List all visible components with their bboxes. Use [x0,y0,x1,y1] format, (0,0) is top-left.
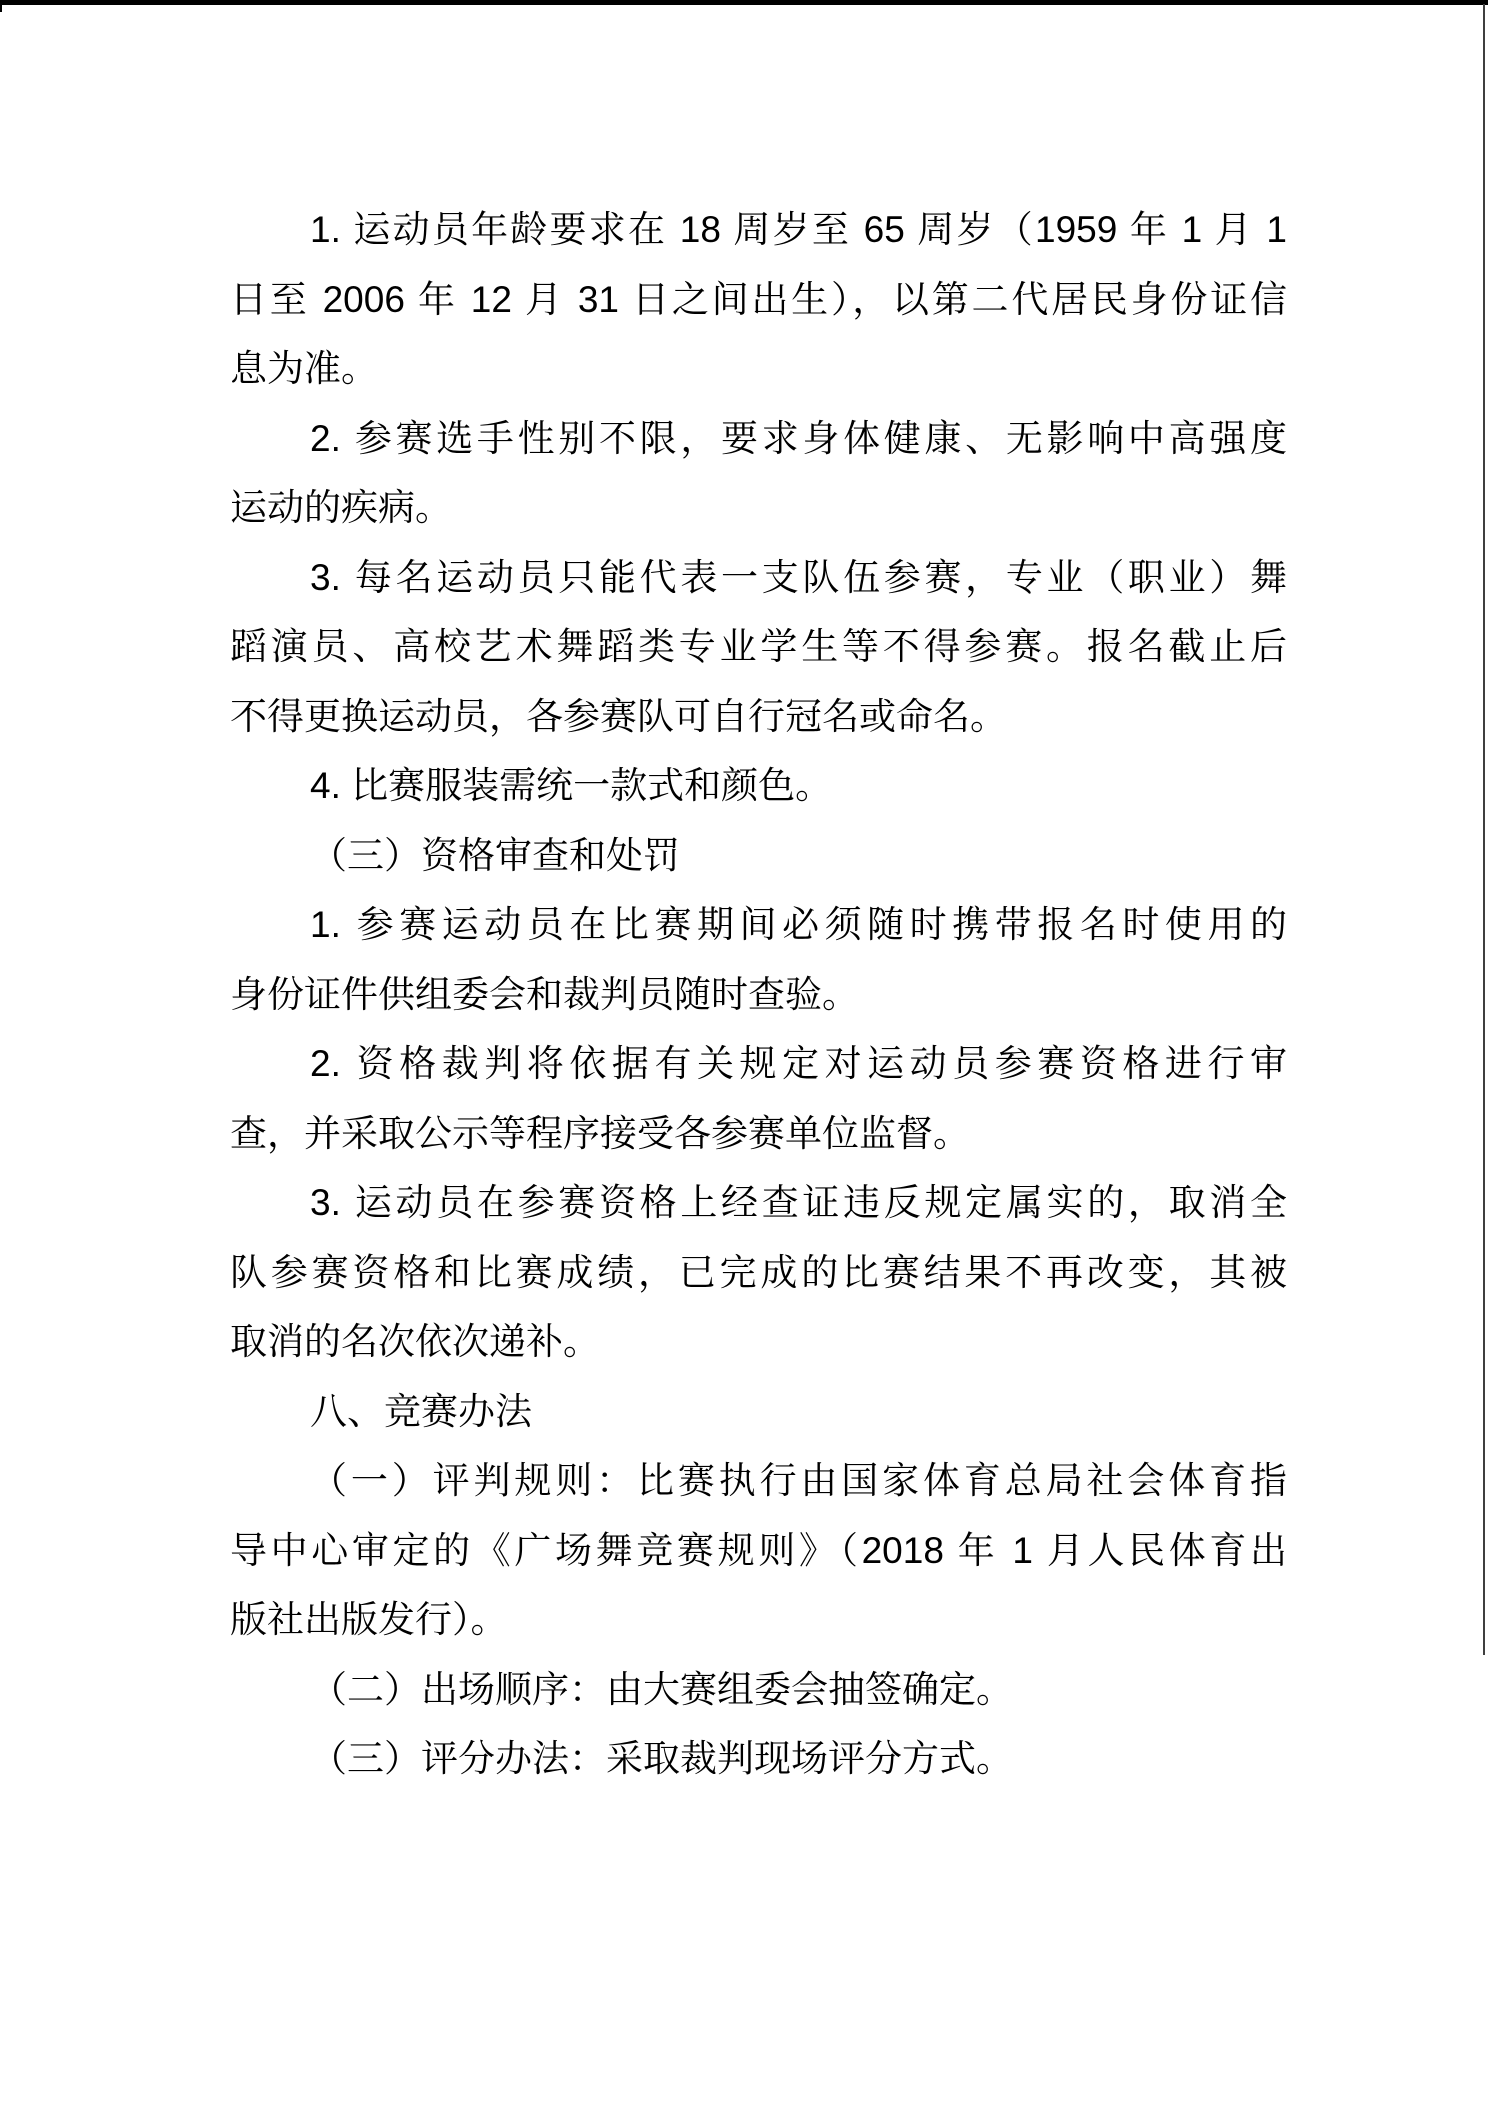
text-line: 八、竞赛办法 [230,1377,1287,1447]
text-line: 4. 比赛服装需统一款式和颜色。 [230,751,1287,821]
page-left-border-stub [0,0,2,12]
page-top-border [0,0,1488,5]
text-line: 2. 参赛选手性别不限，要求身体健康、无影响中高强度 [230,404,1287,474]
text-line: 身份证件供组委会和裁判员随时查验。 [230,960,1287,1030]
text-line: （三）评分办法：采取裁判现场评分方式。 [230,1724,1287,1794]
text-line: 取消的名次依次递补。 [230,1307,1287,1377]
text-line: 1. 参赛运动员在比赛期间必须随时携带报名时使用的 [230,890,1287,960]
text-line: 不得更换运动员，各参赛队可自行冠名或命名。 [230,682,1287,752]
text-line: 蹈演员、高校艺术舞蹈类专业学生等不得参赛。报名截止后 [230,612,1287,682]
text-line: 查，并采取公示等程序接受各参赛单位监督。 [230,1099,1287,1169]
text-line: 导中心审定的《广场舞竞赛规则》（2018 年 1 月人民体育出 [230,1516,1287,1586]
text-line: 队参赛资格和比赛成绩，已完成的比赛结果不再改变，其被 [230,1238,1287,1308]
text-line: （二）出场顺序：由大赛组委会抽签确定。 [230,1655,1287,1725]
page-right-border [1483,4,1485,1655]
text-line: 运动的疾病。 [230,473,1287,543]
text-line: （三）资格审查和处罚 [230,821,1287,891]
text-line: （一）评判规则：比赛执行由国家体育总局社会体育指 [230,1446,1287,1516]
document-page: 1. 运动员年龄要求在 18 周岁至 65 周岁（1959 年 1 月 1日至 … [0,0,1488,2104]
text-line: 3. 每名运动员只能代表一支队伍参赛，专业（职业）舞 [230,543,1287,613]
document-text: 1. 运动员年龄要求在 18 周岁至 65 周岁（1959 年 1 月 1日至 … [230,195,1287,1794]
text-line: 2. 资格裁判将依据有关规定对运动员参赛资格进行审 [230,1029,1287,1099]
text-line: 1. 运动员年龄要求在 18 周岁至 65 周岁（1959 年 1 月 1 [230,195,1287,265]
text-line: 版社出版发行）。 [230,1585,1287,1655]
text-line: 息为准。 [230,334,1287,404]
text-line: 日至 2006 年 12 月 31 日之间出生），以第二代居民身份证信 [230,265,1287,335]
text-line: 3. 运动员在参赛资格上经查证违反规定属实的，取消全 [230,1168,1287,1238]
